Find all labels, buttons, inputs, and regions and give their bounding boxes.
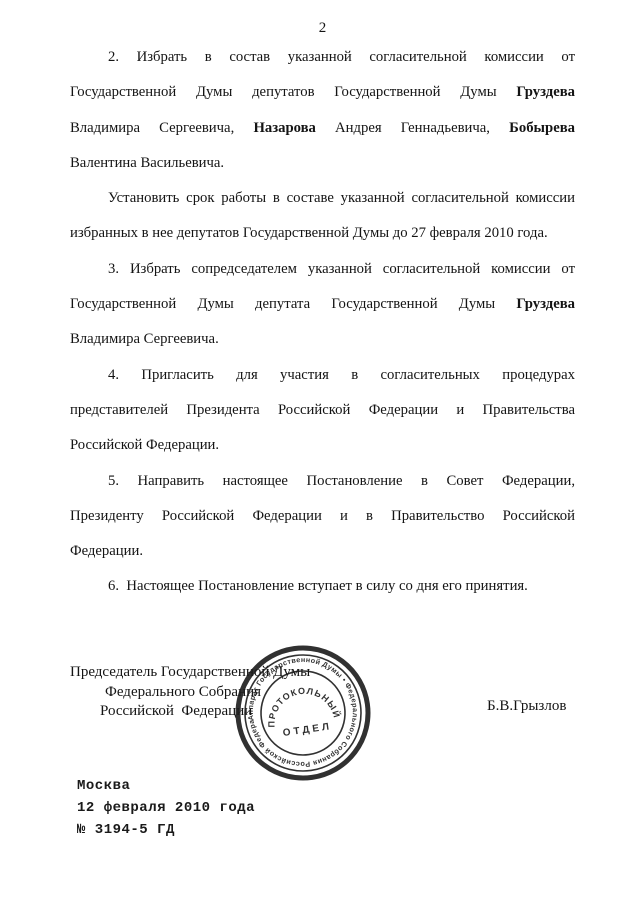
text-segment: 5. Направить настоящее Постановление в С… xyxy=(108,473,575,489)
text-line: 5. Направить настоящее Постановление в С… xyxy=(70,464,575,499)
text-line: 3. Избрать сопредседателем указанной сог… xyxy=(70,252,575,287)
text-line: Государственной Думы депутатов Государст… xyxy=(70,75,575,110)
text-segment: Андрея Геннадьевича, xyxy=(316,120,509,136)
footer-block: Москва12 февраля 2010 года№ 3194-5 ГД xyxy=(77,775,255,841)
text-segment: Президенту Российской Федерации и в Прав… xyxy=(70,508,575,524)
deputy-name-bold: Бобырева xyxy=(509,120,575,136)
text-line: Президенту Российской Федерации и в Прав… xyxy=(70,499,575,534)
page-number: 2 xyxy=(70,20,575,37)
text-line: представителей Президента Российской Фед… xyxy=(70,393,575,428)
text-line: Федерации. xyxy=(70,534,575,569)
deputy-name-bold: Груздева xyxy=(516,84,575,100)
text-segment: 6. Настоящее Постановление вступает в си… xyxy=(108,578,528,594)
text-line: Государственной Думы депутата Государств… xyxy=(70,287,575,322)
text-segment: Владимира Сергеевича, xyxy=(70,120,253,136)
protocol-department-stamp-icon: Аппарат Государственной Думы • Федеральн… xyxy=(218,628,387,797)
footer-line: Москва xyxy=(77,775,255,797)
text-segment: 3. Избрать сопредседателем указанной сог… xyxy=(108,261,575,277)
text-segment: представителей Президента Российской Фед… xyxy=(70,402,575,418)
text-line: 2. Избрать в состав указанной согласител… xyxy=(70,40,575,75)
text-segment: Владимира Сергеевича. xyxy=(70,331,219,347)
text-line: Владимира Сергеевича. xyxy=(70,322,575,357)
footer-line: 12 февраля 2010 года xyxy=(77,797,255,819)
text-line: Валентина Васильевича. xyxy=(70,146,575,181)
text-segment: Установить срок работы в составе указанн… xyxy=(108,190,575,206)
text-line: Владимира Сергеевича, Назарова Андрея Ге… xyxy=(70,111,575,146)
text-segment: Валентина Васильевича. xyxy=(70,155,224,171)
text-line: 6. Настоящее Постановление вступает в си… xyxy=(70,569,575,604)
document-page: 2 2. Избрать в состав указанной согласит… xyxy=(0,0,640,900)
text-segment: Государственной Думы депутата Государств… xyxy=(70,296,516,312)
text-line: Российской Федерации. xyxy=(70,428,575,463)
text-segment: Российской Федерации. xyxy=(70,437,219,453)
stamp-center-text: ОТДЕЛ xyxy=(282,721,333,739)
text-segment: избранных в нее депутатов Государственно… xyxy=(70,225,548,241)
footer-line: № 3194-5 ГД xyxy=(77,819,255,841)
text-segment: 4. Пригласить для участия в согласительн… xyxy=(108,367,575,383)
text-line: 4. Пригласить для участия в согласительн… xyxy=(70,358,575,393)
text-segment: 2. Избрать в состав указанной согласител… xyxy=(108,49,575,65)
text-segment: Государственной Думы депутатов Государст… xyxy=(70,84,516,100)
text-line: избранных в нее депутатов Государственно… xyxy=(70,216,575,251)
deputy-name-bold: Груздева xyxy=(516,296,575,312)
deputy-name-bold: Назарова xyxy=(253,120,315,136)
signer-name: Б.В.Грызлов xyxy=(487,698,566,715)
document-body: 2. Избрать в состав указанной согласител… xyxy=(70,40,575,605)
text-segment: Федерации. xyxy=(70,543,143,559)
text-line: Установить срок работы в составе указанн… xyxy=(70,181,575,216)
